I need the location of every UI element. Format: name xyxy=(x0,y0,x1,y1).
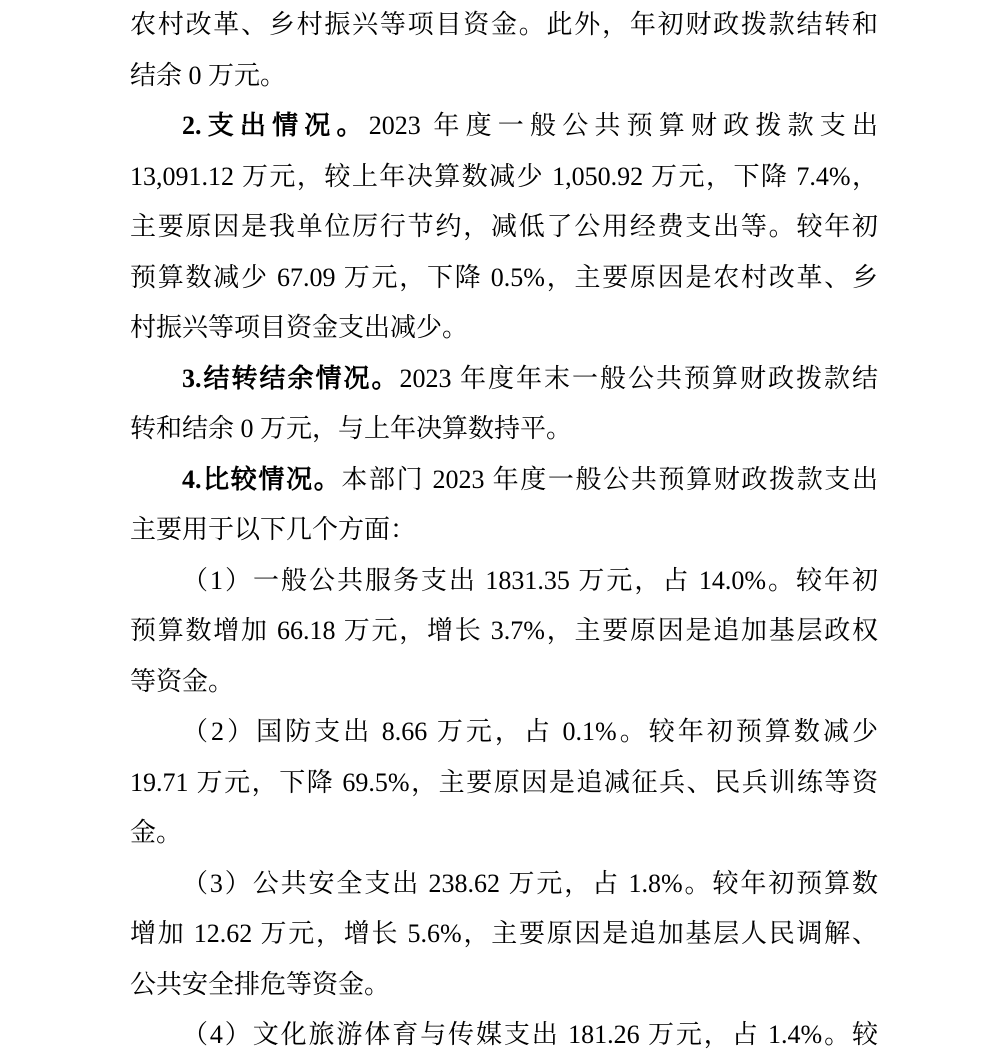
body-text-segment: 预算数增加 66.18 万元，增长 3.7%，主要原因是追加基层政权 xyxy=(130,616,878,645)
document-page: 农村改革、乡村振兴等项目资金。此外，年初财政拨款结转和结余 0 万元。2.支出情… xyxy=(0,0,1000,1060)
body-text-segment: （1）一般公共服务支出 1831.35 万元，占 14.0%。较年初 xyxy=(182,566,878,595)
text-line: 结余 0 万元。 xyxy=(130,51,878,102)
text-line: 等资金。 xyxy=(130,657,878,708)
text-line: 主要用于以下几个方面： xyxy=(130,505,878,556)
text-line: （3）公共安全支出 238.62 万元，占 1.8%。较年初预算数 xyxy=(130,859,878,910)
text-line: 主要原因是我单位厉行节约，减低了公用经费支出等。较年初 xyxy=(130,202,878,253)
text-line: 转和结余 0 万元，与上年决算数持平。 xyxy=(130,404,878,455)
body-text-segment: 金。 xyxy=(130,818,182,847)
body-text-segment: 增加 12.62 万元，增长 5.6%，主要原因是追加基层人民调解、 xyxy=(130,919,878,948)
text-line: 增加 12.62 万元，增长 5.6%，主要原因是追加基层人民调解、 xyxy=(130,909,878,960)
section-heading-label: 3.结转结余情况。 xyxy=(182,364,400,393)
text-line: 4.比较情况。本部门 2023 年度一般公共预算财政拨款支出 xyxy=(130,455,878,506)
text-line: 预算数减少 67.09 万元，下降 0.5%，主要原因是农村改革、乡 xyxy=(130,253,878,304)
body-text-segment: （4）文化旅游体育与传媒支出 181.26 万元，占 1.4%。较 xyxy=(182,1020,878,1049)
section-heading-label: 2.支出情况。 xyxy=(182,111,369,140)
document-text-body: 农村改革、乡村振兴等项目资金。此外，年初财政拨款结转和结余 0 万元。2.支出情… xyxy=(130,0,878,1060)
text-line: 预算数增加 66.18 万元，增长 3.7%，主要原因是追加基层政权 xyxy=(130,606,878,657)
text-line: 2.支出情况。2023 年度一般公共预算财政拨款支出 xyxy=(130,101,878,152)
body-text-segment: 等资金。 xyxy=(130,667,234,696)
text-line: （4）文化旅游体育与传媒支出 181.26 万元，占 1.4%。较 xyxy=(130,1010,878,1060)
text-line: 19.71 万元，下降 69.5%，主要原因是追减征兵、民兵训练等资 xyxy=(130,758,878,809)
text-line: （1）一般公共服务支出 1831.35 万元，占 14.0%。较年初 xyxy=(130,556,878,607)
body-text-segment: 公共安全排危等资金。 xyxy=(130,970,390,999)
body-text-segment: 预算数减少 67.09 万元，下降 0.5%，主要原因是农村改革、乡 xyxy=(130,263,878,292)
body-text-segment: 主要用于以下几个方面： xyxy=(130,515,416,544)
body-text-segment: （2）国防支出 8.66 万元，占 0.1%。较年初预算数减少 xyxy=(182,717,878,746)
body-text-segment: 2023 年度年末一般公共预算财政拨款结 xyxy=(400,364,878,393)
text-line: （2）国防支出 8.66 万元，占 0.1%。较年初预算数减少 xyxy=(130,707,878,758)
body-text-segment: 转和结余 0 万元，与上年决算数持平。 xyxy=(130,414,572,443)
body-text-segment: 2023 年度一般公共预算财政拨款支出 xyxy=(369,111,878,140)
body-text-segment: 主要原因是我单位厉行节约，减低了公用经费支出等。较年初 xyxy=(130,212,878,241)
text-line: 3.结转结余情况。2023 年度年末一般公共预算财政拨款结 xyxy=(130,354,878,405)
text-line: 公共安全排危等资金。 xyxy=(130,960,878,1011)
body-text-segment: 19.71 万元，下降 69.5%，主要原因是追减征兵、民兵训练等资 xyxy=(130,768,878,797)
section-heading-label: 4.比较情况。 xyxy=(182,465,341,494)
text-line: 农村改革、乡村振兴等项目资金。此外，年初财政拨款结转和 xyxy=(130,0,878,51)
text-line: 金。 xyxy=(130,808,878,859)
body-text-segment: 本部门 2023 年度一般公共预算财政拨款支出 xyxy=(341,465,878,494)
body-text-segment: 农村改革、乡村振兴等项目资金。此外，年初财政拨款结转和 xyxy=(130,10,878,39)
body-text-segment: 13,091.12 万元，较上年决算数减少 1,050.92 万元，下降 7.4… xyxy=(130,162,878,191)
body-text-segment: 村振兴等项目资金支出减少。 xyxy=(130,313,468,342)
body-text-segment: 结余 0 万元。 xyxy=(130,61,286,90)
text-line: 村振兴等项目资金支出减少。 xyxy=(130,303,878,354)
body-text-segment: （3）公共安全支出 238.62 万元，占 1.8%。较年初预算数 xyxy=(182,869,878,898)
text-line: 13,091.12 万元，较上年决算数减少 1,050.92 万元，下降 7.4… xyxy=(130,152,878,203)
